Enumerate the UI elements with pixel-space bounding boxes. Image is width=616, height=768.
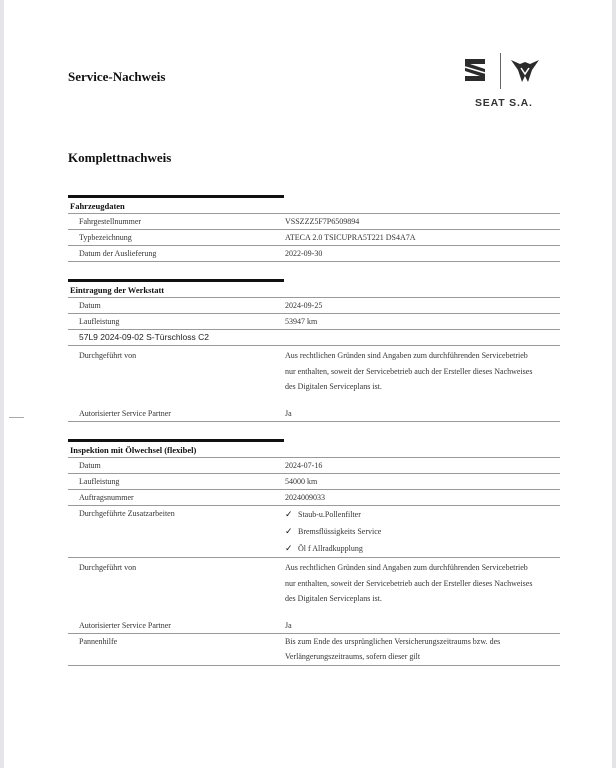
row-value: Ja [285, 406, 560, 421]
list-item: ✓Staub-u.Pollenfilter [285, 506, 560, 523]
row-value: Aus rechtlichen Gründen sind Angaben zum… [285, 348, 560, 395]
checkmark-icon: ✓ [285, 540, 298, 557]
row-value: ATECA 2.0 TSICUPRA5T221 DS4A7A [285, 230, 560, 245]
table-row: Datum der Auslieferung 2022-09-30 [68, 246, 560, 262]
table-row: Fahrgestellnummer VSSZZZ5F7P6509894 [68, 214, 560, 230]
row-value: 54000 km [285, 474, 560, 489]
table-row: Autorisierter Service Partner Ja [68, 618, 560, 634]
row-value: Ja [285, 618, 560, 633]
repair-code-line: 57L9 2024-09-02 S-Türschloss C2 [68, 330, 560, 346]
row-label: Durchgeführt von [68, 348, 285, 395]
section-heading: Fahrzeugdaten [68, 198, 560, 214]
seat-logo-icon [463, 59, 487, 81]
row-value: 2022-09-30 [285, 246, 560, 261]
row-label: Typbezeichnung [68, 230, 285, 245]
checkmark-icon: ✓ [285, 523, 298, 540]
row-label: Fahrgestellnummer [68, 214, 285, 229]
section-heading: Inspektion mit Ölwechsel (flexibel) [68, 442, 560, 458]
checkmark-icon: ✓ [285, 506, 298, 523]
document-subtitle: Komplettnachweis [68, 150, 171, 166]
table-row: Pannenhilfe Bis zum Ende des ursprünglic… [68, 634, 560, 666]
section-werkstatt: Eintragung der Werkstatt Datum 2024-09-2… [68, 279, 560, 422]
document-title: Service-Nachweis [68, 69, 165, 85]
table-row: Typbezeichnung ATECA 2.0 TSICUPRA5T221 D… [68, 230, 560, 246]
row-label: Laufleistung [68, 314, 285, 329]
row-value: Bis zum Ende des ursprünglichen Versiche… [285, 634, 560, 665]
logo-divider [500, 53, 501, 89]
table-row: Durchgeführt von Aus rechtlichen Gründen… [68, 558, 560, 607]
row-label: Durchgeführte Zusatzarbeiten [68, 506, 285, 557]
brand-logo: SEAT S.A. [460, 53, 580, 113]
row-value: 2024009033 [285, 490, 560, 505]
row-value: 2024-07-16 [285, 458, 560, 473]
row-label: Auftragsnummer [68, 490, 285, 505]
cupra-logo-icon [510, 58, 540, 84]
table-row: Datum 2024-07-16 [68, 458, 560, 474]
table-row: Auftragsnummer 2024009033 [68, 490, 560, 506]
page-edge-left [0, 0, 4, 768]
table-row: Laufleistung 53947 km [68, 314, 560, 330]
row-value: VSSZZZ5F7P6509894 [285, 214, 560, 229]
list-item: ✓Bremsflüssigkeits Service [285, 523, 560, 540]
margin-mark [9, 417, 24, 418]
section-fahrzeugdaten: Fahrzeugdaten Fahrgestellnummer VSSZZZ5F… [68, 195, 560, 262]
row-label: Autorisierter Service Partner [68, 406, 285, 421]
row-value: 53947 km [285, 314, 560, 329]
table-row: Durchgeführte Zusatzarbeiten ✓Staub-u.Po… [68, 506, 560, 558]
list-item: ✓Öl f Allradkupplung [285, 540, 560, 557]
table-row: Laufleistung 54000 km [68, 474, 560, 490]
table-row: Datum 2024-09-25 [68, 298, 560, 314]
row-value: 2024-09-25 [285, 298, 560, 313]
table-row: Durchgeführt von Aus rechtlichen Gründen… [68, 346, 560, 395]
row-value: ✓Staub-u.Pollenfilter ✓Bremsflüssigkeits… [285, 506, 560, 557]
row-label: Laufleistung [68, 474, 285, 489]
row-label: Durchgeführt von [68, 560, 285, 607]
brand-name: SEAT S.A. [475, 97, 533, 109]
scrollbar[interactable] [612, 0, 616, 768]
row-label: Datum [68, 298, 285, 313]
table-row: Autorisierter Service Partner Ja [68, 406, 560, 422]
section-heading: Eintragung der Werkstatt [68, 282, 560, 298]
row-label: Datum [68, 458, 285, 473]
row-label: Autorisierter Service Partner [68, 618, 285, 633]
section-inspektion: Inspektion mit Ölwechsel (flexibel) Datu… [68, 439, 560, 666]
row-label: Datum der Auslieferung [68, 246, 285, 261]
row-value: Aus rechtlichen Gründen sind Angaben zum… [285, 560, 560, 607]
row-label: Pannenhilfe [68, 634, 285, 665]
